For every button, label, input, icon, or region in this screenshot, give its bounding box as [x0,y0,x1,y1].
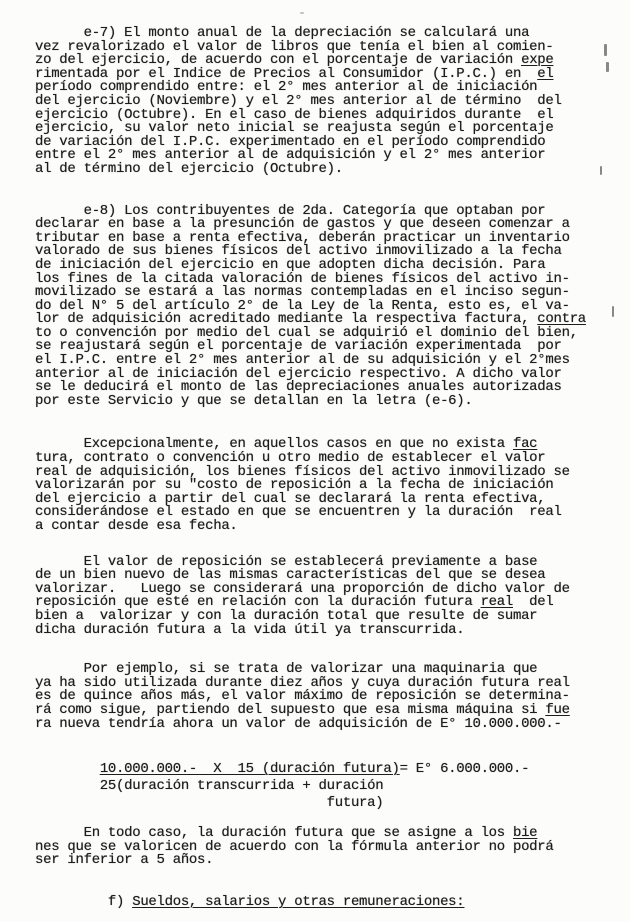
scan-speck [300,12,304,14]
text-line: 10.000.000.- X 15 (duración futura)= E° … [35,761,630,778]
text-segment: a contar desde esa fecha. [35,518,238,534]
paragraph-por-ejemplo: Por ejemplo, si se trata de valorizar un… [35,663,630,731]
text-line: f) Sueldos, salarios y otras remuneracio… [35,896,630,910]
underlined-text: el [537,66,553,82]
paragraph-valor-reposicion: El valor de reposición se establecerá pr… [35,556,630,638]
text-segment: al de término del ejercicio (Octubre). [35,161,343,177]
underlined-text: Sueldos, salarios y otras remuneraciones… [132,894,464,910]
scan-speck [600,166,602,175]
underlined-text: 10.000.000.- X 15 (duración futura) [100,761,400,777]
text-line: al de término del ejercicio (Octubre). [35,163,630,177]
paragraph-e8: e-8) Los contribuyentes de 2da. Categorí… [35,205,630,409]
scan-speck [606,62,609,72]
text-segment: = E° 6.000.000.- [400,761,530,777]
text-line: 25(duración transcurrida + duración [35,778,630,795]
document-page: e-7) El monto anual de la depreciación s… [0,0,630,922]
heading-f-sueldos: f) Sueldos, salarios y otras remuneracio… [35,896,630,910]
text-segment: 25(duración transcurrida + duración [35,778,383,794]
scan-speck [612,306,614,317]
text-segment: f) [35,894,132,910]
document-body: e-7) El monto anual de la depreciación s… [35,27,630,910]
text-segment: ser inferior a 5 años. [35,852,213,868]
text-line: ra nueva tendría ahora un valor de adqui… [35,718,630,732]
text-line: por este Servicio y que se detallan en l… [35,395,630,409]
formula-valor-reposicion: 10.000.000.- X 15 (duración futura)= E° … [35,761,630,812]
text-line: dicha duración futura a la vida útil ya … [35,624,630,638]
paragraph-en-todo-caso: En todo caso, la duración futura que se … [35,827,630,868]
paragraph-e7: e-7) El monto anual de la depreciación s… [35,27,630,177]
text-line: futura) [35,795,630,812]
scan-speck [430,845,433,847]
text-segment: dicha duración futura a la vida útil ya … [35,622,464,638]
paragraph-excepcionalmente: Excepcionalmente, en aquellos casos en q… [35,438,630,533]
text-segment: por este Servicio y que se detallan en l… [35,393,472,409]
text-line: ser inferior a 5 años. [35,854,630,868]
scan-speck [604,44,607,56]
text-line: a contar desde esa fecha. [35,520,630,534]
text-segment: ra nueva tendría ahora un valor de adqui… [35,716,562,732]
text-segment: futura) [35,795,383,811]
text-segment [35,761,100,777]
